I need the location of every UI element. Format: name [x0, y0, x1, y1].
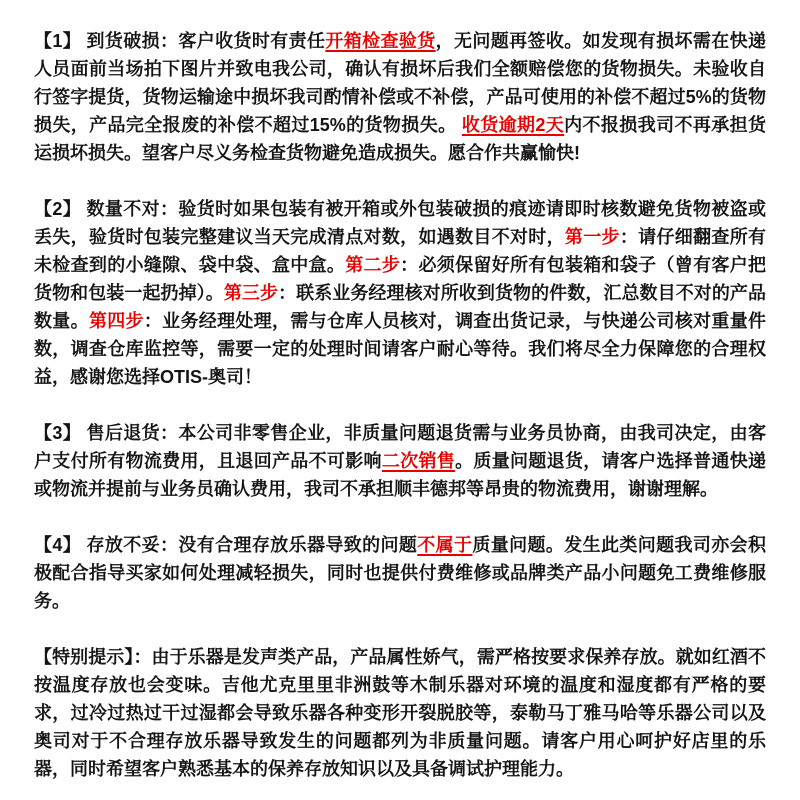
red-highlight-segment: 第一步	[565, 227, 620, 247]
red-highlight-segment: 第四步	[89, 311, 144, 331]
paragraph-clause-1-arrival-damage: 【1】 到货破损：客户收货时有责任开箱检查验货，无问题再签收。如发现有损坏需在快…	[34, 27, 766, 167]
paragraph-clause-4-improper-storage: 【4】 存放不妥：没有合理存放乐器导致的问题不属于质量问题。发生此类问题我司亦会…	[34, 531, 766, 615]
red-highlight-segment: 第二步	[345, 255, 400, 275]
text-segment: 【1】 到货破损：客户收货时有责任	[34, 31, 325, 51]
terms-document: 【1】 到货破损：客户收货时有责任开箱检查验货，无问题再签收。如发现有损坏需在快…	[0, 0, 800, 783]
text-segment: 【特别提示】：由于乐器是发声类产品，产品属性娇气，需严格按要求保养存放。就如红酒…	[34, 647, 766, 779]
red-highlight-segment: 第三步	[224, 283, 278, 303]
red-highlight-segment: 开箱检查验货	[325, 31, 435, 51]
paragraph-clause-3-after-sales-return: 【3】 售后退货：本公司非零售企业，非质量问题退货需与业务员协商，由我司决定，由…	[34, 419, 766, 503]
text-segment: ：业务经理处理，需与仓库人员核对，调查出货记录，与快递公司核对重量件数，调查仓库…	[34, 311, 766, 387]
red-highlight-segment: 不属于	[417, 535, 472, 555]
red-highlight-segment: 二次销售	[382, 451, 455, 471]
paragraph-clause-2-wrong-quantity: 【2】 数量不对：验货时如果包装有被开箱或外包装破损的痕迹请即时核数避免货物被盗…	[34, 195, 766, 391]
paragraph-special-notice: 【特别提示】：由于乐器是发声类产品，产品属性娇气，需严格按要求保养存放。就如红酒…	[34, 643, 766, 783]
text-segment: 【4】 存放不妥：没有合理存放乐器导致的问题	[34, 535, 417, 555]
red-highlight-segment: 收货逾期2天	[462, 115, 564, 135]
